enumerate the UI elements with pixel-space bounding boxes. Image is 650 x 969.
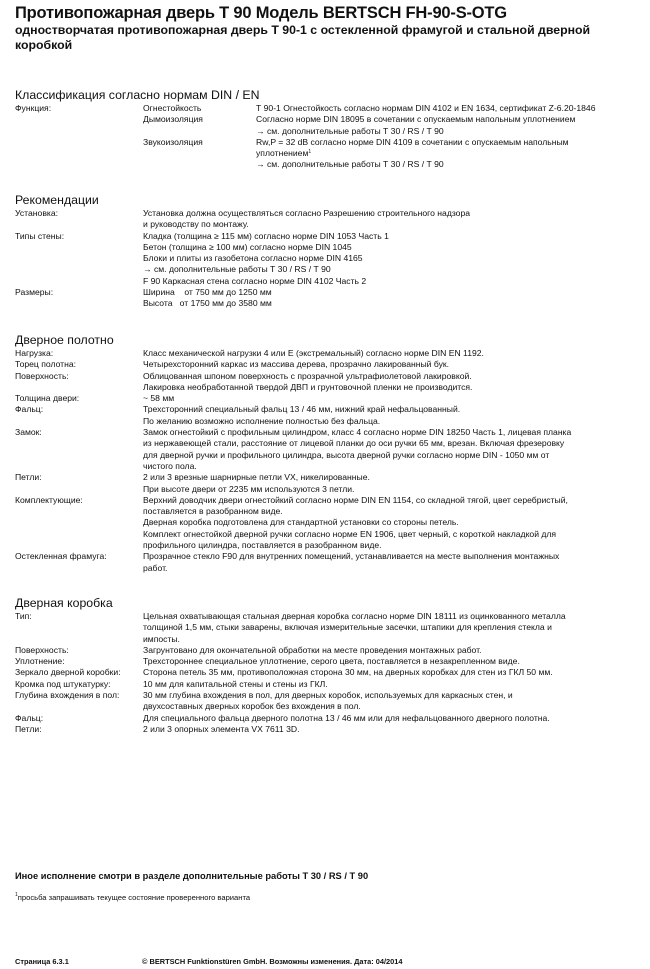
row-sublabel: Огнестойкость bbox=[143, 103, 256, 114]
row-value: Четырехсторонний каркас из массива дерев… bbox=[143, 359, 645, 370]
value-line: уплотнением1 bbox=[256, 148, 645, 159]
footnote: 1просьба запрашивать текущее состояние п… bbox=[15, 893, 250, 902]
row-label: Уплотнение: bbox=[15, 656, 143, 667]
row-label: Размеры: bbox=[15, 287, 143, 310]
value-text: Т 90-1 Огнестойкость согласно нормам DIN… bbox=[256, 103, 595, 113]
value-line: импосты. bbox=[143, 634, 645, 645]
spec-row: Фальц:Трехсторонний специальный фальц 13… bbox=[15, 404, 645, 427]
section-door-leaf: Дверное полотно Нагрузка:Класс механичес… bbox=[15, 333, 645, 574]
spec-row: Толщина двери:~ 58 мм bbox=[15, 393, 645, 404]
row-value: Установка должна осуществляться согласно… bbox=[143, 208, 645, 231]
spec-row: Поверхность:Загрунтовано для окончательн… bbox=[15, 645, 645, 656]
value-line: двухсоставных дверных коробок без вхожде… bbox=[143, 701, 645, 712]
value-line: Загрунтовано для окончательной обработки… bbox=[143, 645, 645, 656]
row-value: Согласно норме DIN 18095 в сочетании с о… bbox=[256, 114, 645, 137]
row-value: Облицованная шпоном поверхность с прозра… bbox=[143, 371, 645, 394]
row-label bbox=[15, 114, 143, 137]
row-label: Замок: bbox=[15, 427, 143, 472]
value-line: Т 90-1 Огнестойкость согласно нормам DIN… bbox=[256, 103, 645, 114]
row-label: Установка: bbox=[15, 208, 143, 231]
spec-row: Петли:2 или 3 врезные шарнирные петли VX… bbox=[15, 472, 645, 495]
footnote-ref: 1 bbox=[308, 149, 311, 155]
row-value: Сторона петель 35 мм, противоположная ст… bbox=[143, 667, 645, 678]
row-value: Кладка (толщина ≥ 115 мм) согласно норме… bbox=[143, 231, 645, 287]
row-value: Замок огнестойкий с профильным цилиндром… bbox=[143, 427, 645, 472]
row-value: 30 мм глубина вхождения в пол, для дверн… bbox=[143, 690, 645, 713]
value-line: Согласно норме DIN 18095 в сочетании с о… bbox=[256, 114, 645, 125]
value-line: 10 мм для капитальной стены и стены из Г… bbox=[143, 679, 645, 690]
row-sublabel: Звукоизоляция bbox=[143, 137, 256, 171]
row-label: Толщина двери: bbox=[15, 393, 143, 404]
value-text: уплотнением bbox=[256, 148, 308, 158]
value-line: Rw,P = 32 dB согласно норме DIN 4109 в с… bbox=[256, 137, 645, 148]
spec-row: Типы стены:Кладка (толщина ≥ 115 мм) сог… bbox=[15, 231, 645, 287]
section-classification: Классификация согласно нормам DIN / EN Ф… bbox=[15, 88, 645, 171]
row-value: Прозрачное стекло F90 для внутренних пом… bbox=[143, 551, 645, 574]
value-line: Трехстороннее специальное уплотнение, се… bbox=[143, 656, 645, 667]
value-line: Бетон (толщина ≥ 100 мм) согласно норме … bbox=[143, 242, 645, 253]
row-sublabel: Дымоизоляция bbox=[143, 114, 256, 137]
row-value: Для специального фальца дверного полотна… bbox=[143, 713, 645, 724]
classification-row: ЗвукоизоляцияRw,P = 32 dB согласно норме… bbox=[15, 137, 645, 171]
value-line: для дверной ручки и профильного цилиндра… bbox=[143, 450, 645, 461]
value-line: 2 или 3 врезные шарнирные петли VX, нике… bbox=[143, 472, 645, 483]
row-label bbox=[15, 137, 143, 171]
row-label: Функция: bbox=[15, 103, 143, 114]
alternative-version-note: Иное исполнение смотри в разделе дополни… bbox=[15, 871, 368, 881]
value-line: Четырехсторонний каркас из массива дерев… bbox=[143, 359, 645, 370]
spec-row: Торец полотна:Четырехсторонний каркас из… bbox=[15, 359, 645, 370]
value-text: → см. дополнительные работы Т 30 / RS / … bbox=[256, 126, 444, 136]
row-value: 10 мм для капитальной стены и стены из Г… bbox=[143, 679, 645, 690]
value-line: из нержавеющей стали, расстояние от лице… bbox=[143, 438, 645, 449]
row-value: Верхний доводчик двери огнестойкий согла… bbox=[143, 495, 645, 551]
spec-row: Зеркало дверной коробки:Сторона петель 3… bbox=[15, 667, 645, 678]
row-value: 2 или 3 врезные шарнирные петли VX, нике… bbox=[143, 472, 645, 495]
value-line: Комплект огнестойкой дверной ручки согла… bbox=[143, 529, 645, 540]
row-label: Поверхность: bbox=[15, 645, 143, 656]
row-label: Фальц: bbox=[15, 404, 143, 427]
row-label: Комплектующие: bbox=[15, 495, 143, 551]
page-number: Страница 6.3.1 bbox=[15, 957, 69, 966]
value-text: Согласно норме DIN 18095 в сочетании с о… bbox=[256, 114, 575, 124]
value-line: 2 или 3 опорных элемента VX 7611 3D. bbox=[143, 724, 645, 735]
row-value: Ширина от 750 мм до 1250 ммВысота от 175… bbox=[143, 287, 645, 310]
value-line: Ширина от 750 мм до 1250 мм bbox=[143, 287, 645, 298]
row-value: Трехстороннее специальное уплотнение, се… bbox=[143, 656, 645, 667]
spec-row: Поверхность:Облицованная шпоном поверхно… bbox=[15, 371, 645, 394]
value-line: поставляется в разобранном виде. bbox=[143, 506, 645, 517]
spec-row: Фальц:Для специального фальца дверного п… bbox=[15, 713, 645, 724]
row-value: ~ 58 мм bbox=[143, 393, 645, 404]
value-line: Цельная охватывающая стальная дверная ко… bbox=[143, 611, 645, 622]
recommendations-rows: Установка:Установка должна осуществлятьс… bbox=[15, 208, 645, 310]
spec-row: Размеры:Ширина от 750 мм до 1250 ммВысот… bbox=[15, 287, 645, 310]
row-label: Петли: bbox=[15, 472, 143, 495]
value-line: Прозрачное стекло F90 для внутренних пом… bbox=[143, 551, 645, 562]
spec-row: Уплотнение:Трехстороннее специальное упл… bbox=[15, 656, 645, 667]
row-value: Т 90-1 Огнестойкость согласно нормам DIN… bbox=[256, 103, 645, 114]
value-line: Лакировка необработанной твердой ДВП и г… bbox=[143, 382, 645, 393]
door-leaf-rows: Нагрузка:Класс механической нагрузки 4 и… bbox=[15, 348, 645, 574]
footnote-mark: 1 bbox=[15, 892, 18, 898]
value-line: → см. дополнительные работы Т 30 / RS / … bbox=[256, 159, 645, 170]
row-value: Класс механической нагрузки 4 или E (экс… bbox=[143, 348, 645, 359]
spec-row: Установка:Установка должна осуществлятьс… bbox=[15, 208, 645, 231]
value-line: ~ 58 мм bbox=[143, 393, 645, 404]
value-line: и руководству по монтажу. bbox=[143, 219, 645, 230]
value-line: Установка должна осуществляться согласно… bbox=[143, 208, 645, 219]
value-line: Облицованная шпоном поверхность с прозра… bbox=[143, 371, 645, 382]
row-value: Трехсторонний специальный фальц 13 / 46 … bbox=[143, 404, 645, 427]
document-title: Противопожарная дверь Т 90 Модель BERTSC… bbox=[15, 4, 507, 23]
value-line: По желанию возможно исполнение полностью… bbox=[143, 416, 645, 427]
value-line: Сторона петель 35 мм, противоположная ст… bbox=[143, 667, 645, 678]
row-label: Петли: bbox=[15, 724, 143, 735]
row-label: Остекленная фрамуга: bbox=[15, 551, 143, 574]
row-value: Rw,P = 32 dB согласно норме DIN 4109 в с… bbox=[256, 137, 645, 171]
row-label: Зеркало дверной коробки: bbox=[15, 667, 143, 678]
value-line: Класс механической нагрузки 4 или E (экс… bbox=[143, 348, 645, 359]
value-line: Верхний доводчик двери огнестойкий согла… bbox=[143, 495, 645, 506]
spec-row: Остекленная фрамуга:Прозрачное стекло F9… bbox=[15, 551, 645, 574]
value-line: → см. дополнительные работы Т 30 / RS / … bbox=[143, 264, 645, 275]
document-subtitle: одностворчатая противопожарная дверь Т 9… bbox=[15, 23, 625, 52]
value-line: Дверная коробка подготовлена для стандар… bbox=[143, 517, 645, 528]
spec-row: Нагрузка:Класс механической нагрузки 4 и… bbox=[15, 348, 645, 359]
classification-rows: Функция:ОгнестойкостьТ 90-1 Огнестойкост… bbox=[15, 103, 645, 171]
value-text: → см. дополнительные работы Т 30 / RS / … bbox=[256, 159, 444, 169]
row-label: Типы стены: bbox=[15, 231, 143, 287]
value-line: → см. дополнительные работы Т 30 / RS / … bbox=[256, 126, 645, 137]
value-line: F 90 Каркасная стена согласно норме DIN … bbox=[143, 276, 645, 287]
spec-row: Тип:Цельная охватывающая стальная дверна… bbox=[15, 611, 645, 645]
value-line: чистого пола. bbox=[143, 461, 645, 472]
row-label: Поверхность: bbox=[15, 371, 143, 394]
footnote-text: просьба запрашивать текущее состояние пр… bbox=[18, 893, 250, 902]
value-line: Замок огнестойкий с профильным цилиндром… bbox=[143, 427, 645, 438]
value-line: Кладка (толщина ≥ 115 мм) согласно норме… bbox=[143, 231, 645, 242]
row-label: Кромка под штукатурку: bbox=[15, 679, 143, 690]
row-label: Тип: bbox=[15, 611, 143, 645]
section-heading: Дверное полотно bbox=[15, 333, 645, 347]
value-line: Трехсторонний специальный фальц 13 / 46 … bbox=[143, 404, 645, 415]
door-frame-rows: Тип:Цельная охватывающая стальная дверна… bbox=[15, 611, 645, 735]
classification-row: ДымоизоляцияСогласно норме DIN 18095 в с… bbox=[15, 114, 645, 137]
spec-row: Замок:Замок огнестойкий с профильным цил… bbox=[15, 427, 645, 472]
value-line: работ. bbox=[143, 563, 645, 574]
value-line: Высота от 1750 мм до 3580 мм bbox=[143, 298, 645, 309]
section-recommendations: Рекомендации Установка:Установка должна … bbox=[15, 193, 645, 310]
value-text: Rw,P = 32 dB согласно норме DIN 4109 в с… bbox=[256, 137, 569, 147]
value-line: профильного цилиндра, поставляется в раз… bbox=[143, 540, 645, 551]
value-line: При высоте двери от 2235 мм используются… bbox=[143, 484, 645, 495]
spec-row: Кромка под штукатурку:10 мм для капиталь… bbox=[15, 679, 645, 690]
classification-row: Функция:ОгнестойкостьТ 90-1 Огнестойкост… bbox=[15, 103, 645, 114]
copyright: © BERTSCH Funktionstüren GmbH. Возможны … bbox=[142, 957, 402, 966]
value-line: толщиной 1,5 мм, стыки заварены, включая… bbox=[143, 622, 645, 633]
value-line: Блоки и плиты из газобетона согласно нор… bbox=[143, 253, 645, 264]
value-line: 30 мм глубина вхождения в пол, для дверн… bbox=[143, 690, 645, 701]
row-label: Глубина вхождения в пол: bbox=[15, 690, 143, 713]
spec-row: Комплектующие:Верхний доводчик двери огн… bbox=[15, 495, 645, 551]
row-value: Загрунтовано для окончательной обработки… bbox=[143, 645, 645, 656]
spec-row: Глубина вхождения в пол:30 мм глубина вх… bbox=[15, 690, 645, 713]
section-heading: Классификация согласно нормам DIN / EN bbox=[15, 88, 645, 102]
row-label: Нагрузка: bbox=[15, 348, 143, 359]
row-label: Фальц: bbox=[15, 713, 143, 724]
value-line: Для специального фальца дверного полотна… bbox=[143, 713, 645, 724]
row-label: Торец полотна: bbox=[15, 359, 143, 370]
section-heading: Дверная коробка bbox=[15, 596, 645, 610]
section-heading: Рекомендации bbox=[15, 193, 645, 207]
section-door-frame: Дверная коробка Тип:Цельная охватывающая… bbox=[15, 596, 645, 735]
row-value: Цельная охватывающая стальная дверная ко… bbox=[143, 611, 645, 645]
spec-row: Петли:2 или 3 опорных элемента VX 7611 3… bbox=[15, 724, 645, 735]
row-value: 2 или 3 опорных элемента VX 7611 3D. bbox=[143, 724, 645, 735]
